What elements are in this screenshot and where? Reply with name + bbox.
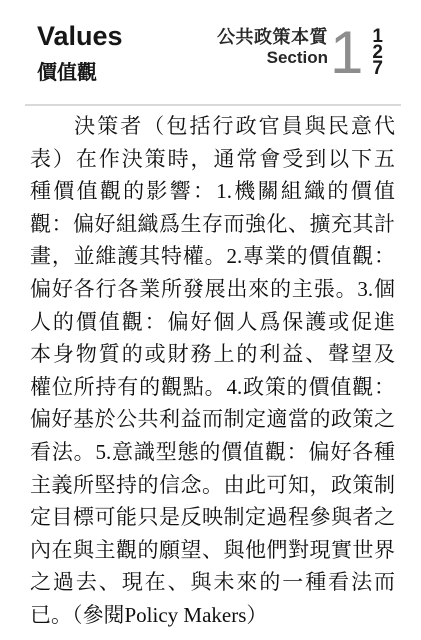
book-page: Values 價值觀 公共政策本質 Section 1 1 2 7 決策者（包括… [0,0,421,640]
body-text-line: 權位所持有的觀點。4.政策的價值觀： [30,371,395,404]
page-header: Values 價值觀 公共政策本質 Section 1 1 2 7 [0,0,421,83]
body-text-line: 本身物質的或財務上的利益、聲望及 [30,338,395,371]
body-text-line: 之過去、現在、與未來的一種看法而 [30,566,395,599]
entry-title-chinese: 價值觀 [37,63,123,83]
body-text-line: 主義所堅持的信念。由此可知，政策制 [30,469,395,502]
section-number: 1 [330,28,363,78]
body-text-line: 畫，並維護其特權。2.專業的價值觀： [30,240,395,273]
body-text-line: 觀：偏好組織爲生存而強化、擴充其計 [30,208,395,241]
body-text-line: 種價值觀的影響：1.機關組織的價值 [30,175,395,208]
body-text-line: 定目標可能只是反映制定過程參與者之 [30,501,395,534]
body-text-line: 已。（參閱Policy Makers） [30,599,395,632]
page-digit: 7 [372,61,383,77]
section-labels: 公共政策本質 Section [217,28,328,66]
page-number: 1 2 7 [372,29,383,77]
definition-text: 決策者（包括行政官員與民意代表）在作決策時，通常會受到以下五種價值觀的影響：1.… [30,110,395,632]
entry-title-english: Values [37,23,123,50]
body-text-line: 偏好各行各業所發展出來的主張。3.個 [30,273,395,306]
section-label-english: Section [217,49,328,66]
section-block: 公共政策本質 Section 1 1 2 7 [217,28,383,78]
header-divider [25,104,401,106]
body-text-line: 看法。5.意識型態的價值觀：偏好各種 [30,436,395,469]
body-text-line: 決策者（包括行政官員與民意代 [30,110,395,143]
body-text-line: 偏好基於公共利益而制定適當的政策之 [30,403,395,436]
section-label-chinese: 公共政策本質 [217,28,328,46]
body-text-line: 人的價值觀：偏好個人爲保護或促進 [30,306,395,339]
entry-title-block: Values 價值觀 [37,23,123,83]
body-text-line: 表）在作決策時，通常會受到以下五 [30,143,395,176]
body-text-line: 內在與主觀的願望、與他們對現實世界 [30,534,395,567]
